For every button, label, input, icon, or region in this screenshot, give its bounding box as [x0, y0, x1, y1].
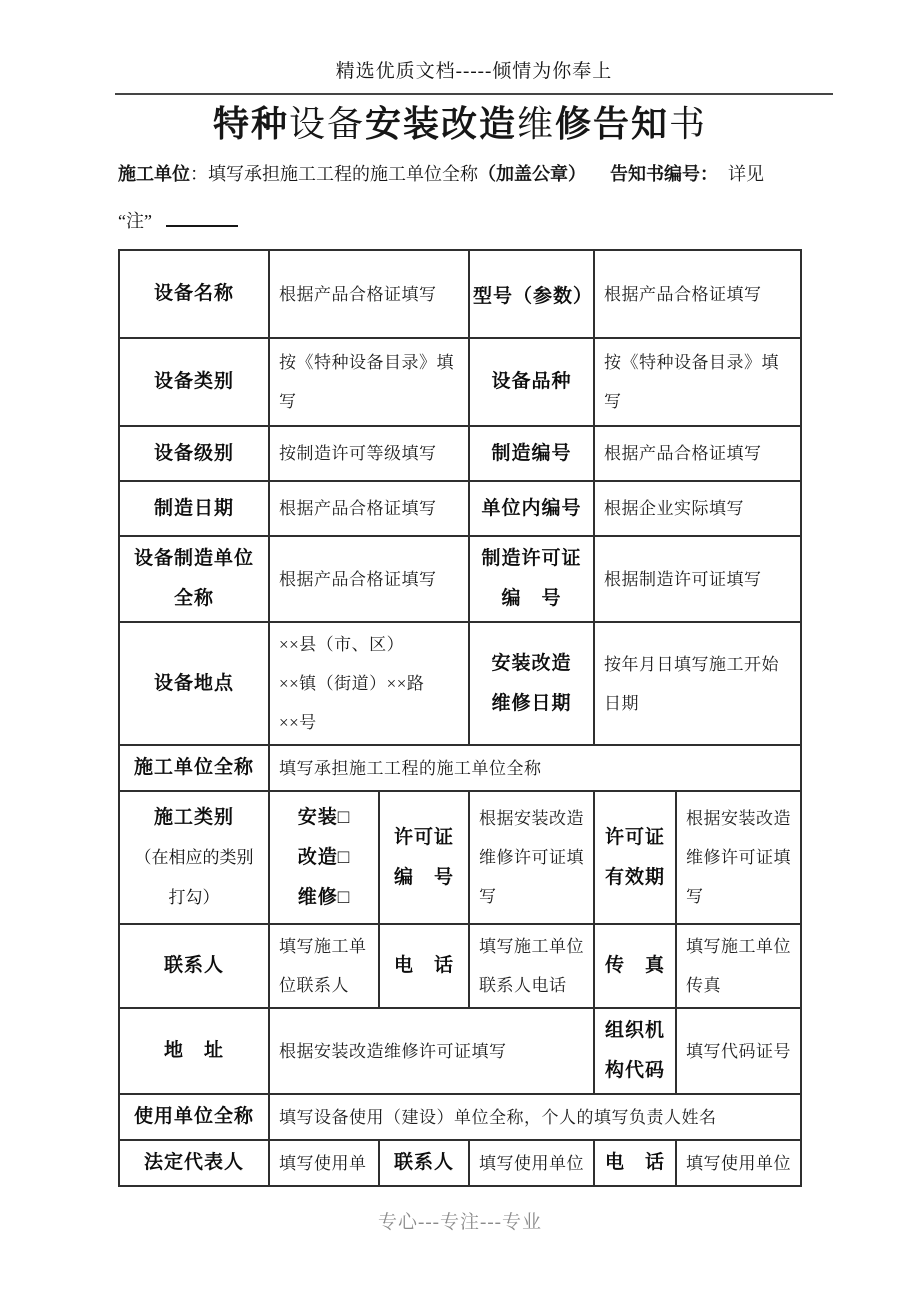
title-segment: 书 — [669, 104, 707, 144]
value-cell: 填写使用单位 — [676, 1140, 801, 1186]
checkbox-options-cell: 安装□ 改造□ 维修□ — [269, 791, 379, 924]
value-cell: 根据安装改造 维修许可证填 写 — [676, 791, 801, 924]
footer-note: 专心---专注---专业 — [115, 1207, 805, 1234]
table-row: 联系人 填写施工单 位联系人 电 话 填写施工单位 联系人电话 传 真 填写施工… — [119, 924, 801, 1008]
value-cell: 根据制造许可证填写 — [594, 536, 801, 622]
value-cell: 按《特种设备目录》填 写 — [269, 338, 469, 426]
label-cell: 施工类别（在相应的类别 打勾） — [119, 791, 269, 924]
label-cell: 制造编号 — [469, 426, 594, 481]
table-row: 法定代表人 填写使用单 联系人 填写使用单位 电 话 填写使用单位 — [119, 1140, 801, 1186]
label-subtext: （在相应的类别 打勾） — [123, 838, 265, 918]
note-prefix: “注” — [118, 211, 152, 231]
label-cell: 法定代表人 — [119, 1140, 269, 1186]
label-cell: 使用单位全称 — [119, 1094, 269, 1140]
page-title: 特种设备安装改造维修告知书 — [115, 101, 805, 147]
value-cell: 填写设备使用（建设）单位全称，个人的填写负责人姓名 — [269, 1094, 801, 1140]
table-row: 地 址 根据安装改造维修许可证填写 组织机 构代码 填写代码证号 — [119, 1008, 801, 1094]
note-line: “注” — [118, 207, 920, 233]
label-cell: 联系人 — [379, 1140, 469, 1186]
label-cell: 设备地点 — [119, 622, 269, 745]
table-row: 施工单位全称 填写承担施工工程的施工单位全称 — [119, 745, 801, 791]
label-cell: 电 话 — [594, 1140, 676, 1186]
value-cell: 按制造许可等级填写 — [269, 426, 469, 481]
value-cell: 根据产品合格证填写 — [594, 250, 801, 338]
construction-unit-label: 施工单位 — [118, 164, 190, 184]
value-cell: 填写使用单位 — [469, 1140, 594, 1186]
label-cell: 施工单位全称 — [119, 745, 269, 791]
seal-note: （加盖公章） — [478, 164, 586, 184]
label-cell: 设备品种 — [469, 338, 594, 426]
label-cell: 型号（参数） — [469, 250, 594, 338]
title-segment: 特种 — [213, 103, 289, 144]
title-segment: 修告知 — [555, 103, 669, 144]
value-cell: 填写施工单 位联系人 — [269, 924, 379, 1008]
label-cell: 传 真 — [594, 924, 676, 1008]
label-cell: 许可证 编 号 — [379, 791, 469, 924]
table-row: 设备地点 ××县（市、区） ××镇（街道）××路 ××号 安装改造 维修日期 按… — [119, 622, 801, 745]
label-cell: 组织机 构代码 — [594, 1008, 676, 1094]
value-cell: 根据产品合格证填写 — [594, 426, 801, 481]
label-cell: 联系人 — [119, 924, 269, 1008]
value-cell: 按年月日填写施工开始 日期 — [594, 622, 801, 745]
label-cell: 设备制造单位 全称 — [119, 536, 269, 622]
label-cell: 安装改造 维修日期 — [469, 622, 594, 745]
table-row: 制造日期 根据产品合格证填写 单位内编号 根据企业实际填写 — [119, 481, 801, 536]
construction-unit-value: ：填写承担施工工程的施工单位全称 — [190, 164, 478, 184]
value-cell: 填写代码证号 — [676, 1008, 801, 1094]
header-divider — [115, 93, 833, 95]
value-cell: 填写施工单位 联系人电话 — [469, 924, 594, 1008]
value-cell: 根据企业实际填写 — [594, 481, 801, 536]
label-cell: 地 址 — [119, 1008, 269, 1094]
title-segment: 设备 — [289, 104, 365, 144]
label-cell: 单位内编号 — [469, 481, 594, 536]
label-cell: 制造许可证 编 号 — [469, 536, 594, 622]
value-cell: 根据产品合格证填写 — [269, 250, 469, 338]
notice-number-value: 详见 — [728, 164, 764, 184]
label-cell: 设备级别 — [119, 426, 269, 481]
value-cell: 填写施工单位 传真 — [676, 924, 801, 1008]
table-row: 施工类别（在相应的类别 打勾） 安装□ 改造□ 维修□ 许可证 编 号 根据安装… — [119, 791, 801, 924]
value-cell: ××县（市、区） ××镇（街道）××路 ××号 — [269, 622, 469, 745]
table-row: 使用单位全称 填写设备使用（建设）单位全称，个人的填写负责人姓名 — [119, 1094, 801, 1140]
label-cell: 电 话 — [379, 924, 469, 1008]
title-segment: 维 — [517, 104, 555, 144]
label-cell: 制造日期 — [119, 481, 269, 536]
document-page: 精选优质文档-----倾情为你奉上 特种设备安装改造维修告知书 施工单位：填写承… — [0, 0, 920, 1302]
value-cell: 填写使用单 — [269, 1140, 379, 1186]
value-cell: 按《特种设备目录》填 写 — [594, 338, 801, 426]
table-row: 设备名称 根据产品合格证填写 型号（参数） 根据产品合格证填写 — [119, 250, 801, 338]
value-cell: 根据安装改造 维修许可证填 写 — [469, 791, 594, 924]
notice-number-label: 告知书编号： — [610, 164, 718, 184]
table-row: 设备制造单位 全称 根据产品合格证填写 制造许可证 编 号 根据制造许可证填写 — [119, 536, 801, 622]
label-cell: 设备名称 — [119, 250, 269, 338]
table-row: 设备级别 按制造许可等级填写 制造编号 根据产品合格证填写 — [119, 426, 801, 481]
label-cell: 设备类别 — [119, 338, 269, 426]
value-cell: 根据安装改造维修许可证填写 — [269, 1008, 594, 1094]
header-note: 精选优质文档-----倾情为你奉上 — [115, 56, 833, 83]
fill-in-blank — [166, 207, 238, 227]
table-row: 设备类别 按《特种设备目录》填 写 设备品种 按《特种设备目录》填 写 — [119, 338, 801, 426]
title-segment: 安装改造 — [365, 103, 517, 144]
label-cell: 许可证 有效期 — [594, 791, 676, 924]
label-text: 施工类别 — [123, 798, 265, 838]
value-cell: 填写承担施工工程的施工单位全称 — [269, 745, 801, 791]
intro-paragraph: 施工单位：填写承担施工工程的施工单位全称（加盖公章）告知书编号：详见 — [118, 161, 808, 187]
value-cell: 根据产品合格证填写 — [269, 481, 469, 536]
notice-table: 设备名称 根据产品合格证填写 型号（参数） 根据产品合格证填写 设备类别 按《特… — [118, 249, 802, 1187]
value-cell: 根据产品合格证填写 — [269, 536, 469, 622]
